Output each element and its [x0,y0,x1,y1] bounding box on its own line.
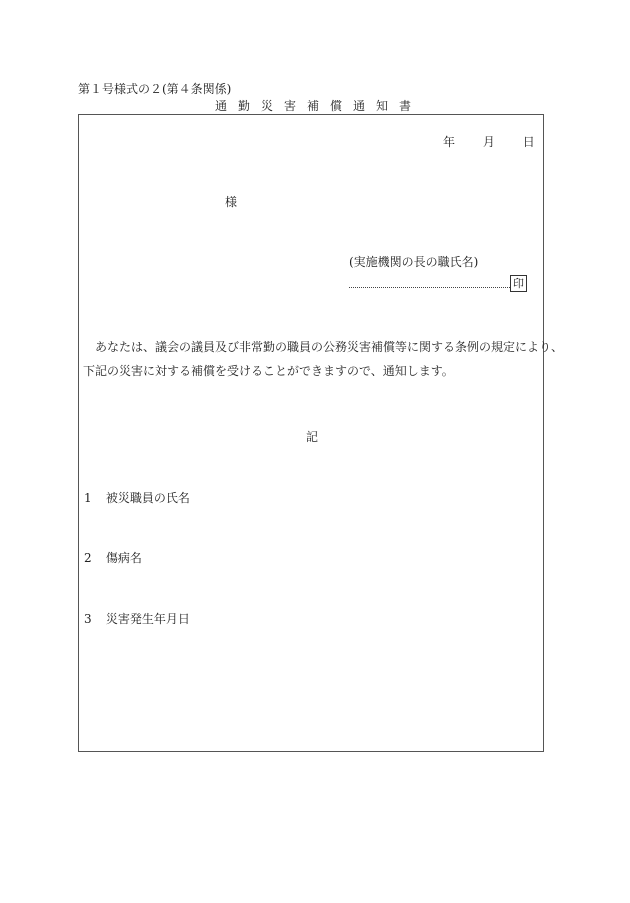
addressee-suffix: 様 [225,193,237,210]
signature-line [349,287,510,288]
date-line: 年 月 日 [443,133,535,150]
date-month-field: 月 [483,133,495,150]
item-injury-name: 2 傷病名 [84,549,142,566]
item-label: 被災職員の氏名 [106,491,190,505]
item-victim-name: 1 被災職員の氏名 [84,489,190,506]
document-title: 通勤災害補償通知書 [215,97,422,114]
form-number-label: 第１号様式の２(第４条関係) [78,80,231,97]
notice-body-line-1: あなたは、議会の議員及び非常勤の職員の公務災害補償等に関する条例の規定により、 [83,335,563,359]
item-label: 災害発生年月日 [106,612,190,626]
item-accident-date: 3 災害発生年月日 [84,610,190,627]
item-number: 2 [84,551,102,565]
date-year-field: 年 [443,133,455,150]
item-number: 3 [84,612,102,626]
item-number: 1 [84,491,102,505]
date-day-field: 日 [523,133,535,150]
item-label: 傷病名 [106,551,142,565]
issuer-label: (実施機関の長の職氏名) [349,253,478,270]
notice-body-line-2: 下記の災害に対する補償を受けることができますので、通知します。 [83,359,563,383]
seal-mark: 印 [510,275,527,292]
notice-frame: 年 月 日 様 (実施機関の長の職氏名) 印 あなたは、議会の議員及び非常勤の職… [78,114,544,752]
ki-heading: 記 [306,428,318,445]
notice-body: あなたは、議会の議員及び非常勤の職員の公務災害補償等に関する条例の規定により、 … [83,335,563,383]
